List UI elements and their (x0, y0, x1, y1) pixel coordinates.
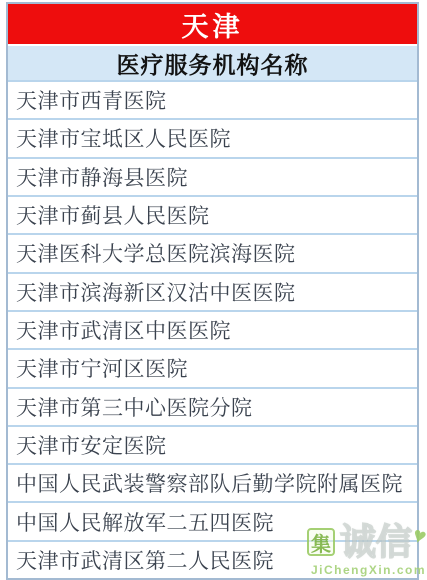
table-row: 天津市静海县医院 (8, 157, 417, 195)
hospital-name: 天津医科大学总医院滨海医院 (16, 238, 296, 268)
table-row: 中国人民解放军二五四医院 (8, 501, 417, 539)
table-body: 天津市西青医院 天津市宝坻区人民医院 天津市静海县医院 天津市蓟县人民医院 天津… (8, 80, 417, 578)
table-row: 天津市蓟县人民医院 (8, 195, 417, 233)
hospital-name: 天津市宝坻区人民医院 (16, 123, 231, 153)
table-row: 天津市西青医院 (8, 80, 417, 118)
region-header: 天津 (8, 4, 417, 44)
table-row: 天津市宁河区医院 (8, 348, 417, 386)
hospital-name: 天津市静海县医院 (16, 162, 188, 192)
hospital-name: 天津市西青医院 (16, 85, 167, 115)
hospital-name: 天津市蓟县人民医院 (16, 200, 210, 230)
hospital-name: 中国人民武装警察部队后勤学院附属医院 (16, 468, 403, 498)
table-row: 天津市武清区第二人民医院 (8, 540, 417, 578)
hospital-name: 中国人民解放军二五四医院 (16, 507, 274, 537)
hospital-name: 天津市安定医院 (16, 430, 167, 460)
table-row: 天津医科大学总医院滨海医院 (8, 233, 417, 271)
hospital-name: 天津市武清区中医医院 (16, 315, 231, 345)
hospital-table: 天津 医疗服务机构名称 天津市西青医院 天津市宝坻区人民医院 天津市静海县医院 … (6, 2, 419, 580)
column-header: 医疗服务机构名称 (8, 46, 417, 80)
table-row: 天津市宝坻区人民医院 (8, 118, 417, 156)
table-row: 中国人民武装警察部队后勤学院附属医院 (8, 463, 417, 501)
page: 天津 医疗服务机构名称 天津市西青医院 天津市宝坻区人民医院 天津市静海县医院 … (0, 0, 427, 580)
table-row: 天津市武清区中医医院 (8, 310, 417, 348)
hospital-name: 天津市宁河区医院 (16, 353, 188, 383)
table-row: 天津市安定医院 (8, 425, 417, 463)
table-row: 天津市第三中心医院分院 (8, 387, 417, 425)
hospital-name: 天津市滨海新区汉沽中医医院 (16, 277, 296, 307)
table-row: 天津市滨海新区汉沽中医医院 (8, 272, 417, 310)
hospital-name: 天津市武清区第二人民医院 (16, 545, 274, 575)
hospital-name: 天津市第三中心医院分院 (16, 392, 253, 422)
